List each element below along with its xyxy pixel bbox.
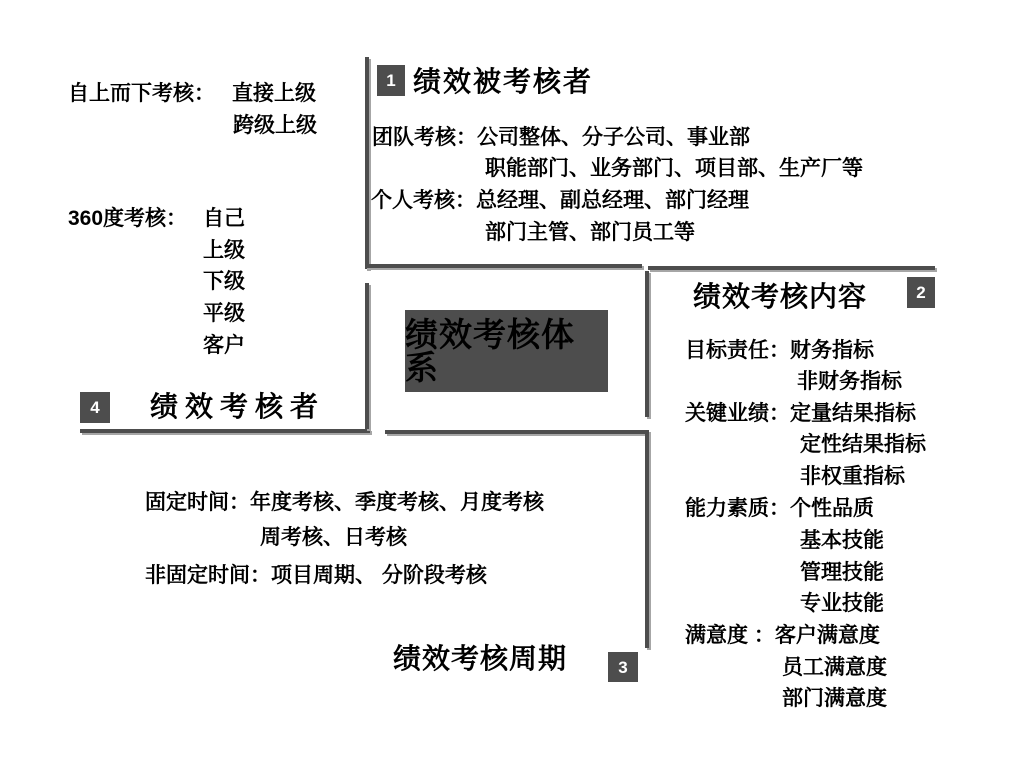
section2-line: 定性结果指标: [800, 434, 926, 455]
section2-line: 非权重指标: [800, 466, 905, 487]
section3-line: 周考核、日考核: [260, 527, 407, 548]
section2-line: 满意度 ：客户满意度: [685, 625, 880, 646]
divider-line-sec1-horizontal: [365, 264, 642, 268]
section2-line: 目标责任：财务指标: [685, 340, 874, 361]
section2-line: 管理技能: [800, 562, 884, 583]
section2-line: 部门满意度: [782, 688, 887, 709]
badge-4: 4: [80, 392, 110, 423]
divider-line-top-vertical: [365, 57, 369, 269]
section1-line: 团队考核：公司整体、分子公司、事业部: [372, 127, 750, 148]
section2-title: 绩效考核内容: [693, 283, 867, 311]
badge-1-number: 1: [386, 72, 395, 89]
section2-line: 专业技能: [800, 593, 884, 614]
section2-line: 基本技能: [800, 530, 884, 551]
divider-line-sec2-horizontal: [648, 266, 935, 270]
deg360-item: 客户: [203, 335, 245, 356]
badge-3: 3: [608, 652, 638, 682]
section3-title: 绩效考核周期: [393, 645, 567, 673]
divider-line-sec4-horizontal: [80, 429, 370, 433]
deg360-item: 自己: [203, 208, 245, 229]
section2-line: 关键业绩：定量结果指标: [685, 403, 916, 424]
badge-4-number: 4: [90, 399, 99, 416]
section2-line: 员工满意度: [782, 657, 887, 678]
badge-2: 2: [907, 277, 935, 308]
deg360-item: 上级: [203, 240, 245, 261]
section1-line: 部门主管、部门员工等: [485, 222, 695, 243]
section3-line: 固定时间：年度考核、季度考核、月度考核: [145, 492, 544, 513]
divider-line-sec2-vertical: [645, 271, 649, 417]
section1-line: 个人考核：总经理、副总经理、部门经理: [371, 190, 749, 211]
badge-1: 1: [377, 65, 405, 96]
section1-title: 绩效被考核者: [413, 68, 593, 96]
section2-line: 能力素质：个性品质: [685, 498, 874, 519]
badge-3-number: 3: [618, 659, 627, 676]
section2-line: 非财务指标: [797, 371, 902, 392]
divider-line-sec4-vertical: [365, 283, 369, 429]
top-down-label: 自上而下考核：: [68, 83, 215, 104]
deg360-item: 下级: [203, 271, 245, 292]
center-title-box: 绩效考核体系: [405, 310, 608, 392]
center-title-label: 绩效考核体系: [405, 318, 608, 384]
deg360-item: 平级: [203, 303, 245, 324]
section4-title: 绩效考核者: [150, 393, 325, 421]
deg360-label: 360度考核：: [68, 208, 187, 229]
top-down-item: 跨级上级: [233, 115, 317, 136]
section3-line: 非固定时间：项目周期、 分阶段考核: [145, 565, 487, 586]
badge-2-number: 2: [916, 284, 925, 301]
divider-line-sec3-horizontal: [385, 430, 647, 434]
section1-line: 职能部门、业务部门、项目部、生产厂等: [485, 158, 863, 179]
slide-canvas: { "slide": { "center_box_label": "绩效考核体系…: [0, 0, 1024, 768]
divider-line-sec3-vertical: [645, 430, 649, 648]
top-down-item: 直接上级: [232, 83, 316, 104]
